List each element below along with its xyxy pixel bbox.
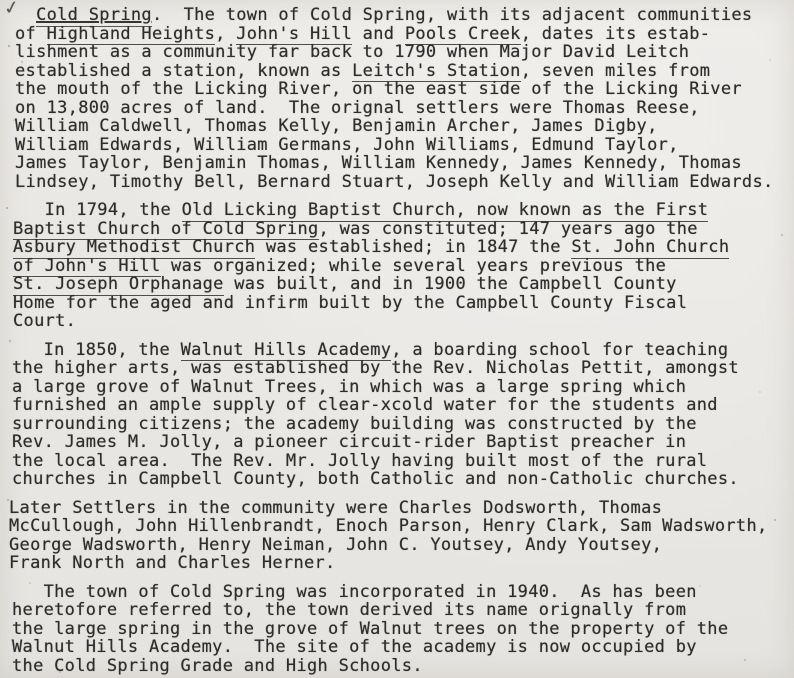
text-segment: the large spring in the grove of Walnut …	[12, 619, 728, 639]
text-segment: Court.	[13, 311, 76, 331]
text-segment: ,	[215, 24, 236, 44]
text-line: of Highland Heights, John's Hill and Poo…	[15, 25, 794, 44]
text-segment: established a station, known as	[15, 61, 352, 81]
text-segment: , dates its estab-	[521, 24, 711, 44]
text-segment: , a boarding school for teaching	[391, 340, 728, 360]
text-line: the Cold Spring Grade and High Schools.	[12, 657, 794, 676]
text-segment: and	[352, 24, 405, 44]
text-segment: lishment as a community far back to 1790…	[15, 42, 689, 62]
text-segment: heretofore referred to, the town derived…	[12, 600, 686, 620]
text-segment: the local area. The Rev. Mr. Jolly havin…	[12, 451, 707, 471]
paragraph-churches: In 1794, the Old Licking Baptist Church,…	[13, 201, 794, 331]
text-segment: Later Settlers in the community were Cha…	[9, 498, 662, 518]
text-line: Baptist Church of Cold Spring, was const…	[13, 220, 794, 239]
text-line: the higher arts, was established by the …	[12, 359, 794, 378]
text-line: the large spring in the grove of Walnut …	[12, 620, 794, 639]
text-line: James Taylor, Benjamin Thomas, William K…	[15, 154, 794, 173]
paragraph-later-settlers: Later Settlers in the community were Cha…	[9, 499, 794, 573]
text-segment: the Cold Spring Grade and High Schools.	[12, 656, 423, 676]
text-line: The town of Cold Spring was incorporated…	[12, 583, 794, 602]
text-segment: In 1794, the	[13, 200, 182, 220]
text-line: St. Joseph Orphanage was built, and in 1…	[13, 275, 794, 294]
text-segment: In 1850, the	[12, 340, 181, 360]
text-segment: Walnut Hills Academy. The site of the ac…	[12, 637, 697, 657]
paragraph-incorporation: The town of Cold Spring was incorporated…	[12, 583, 794, 676]
text-line: William Caldwell, Thomas Kelly, Benjamin…	[15, 117, 794, 136]
text-line: Frank North and Charles Herner.	[9, 554, 794, 573]
text-line: In 1794, the Old Licking Baptist Church,…	[13, 201, 794, 220]
text-line: on 13,800 acres of land. The orignal set…	[15, 99, 794, 118]
text-line: Later Settlers in the community were Cha…	[9, 499, 794, 518]
text-segment: Lindsey, Timothy Bell, Bernard Stuart, J…	[15, 172, 774, 192]
text-line: George Wadsworth, Henry Neiman, John C. …	[9, 536, 794, 555]
text-segment: McCullough, John Hillenbrandt, Enoch Par…	[9, 516, 768, 536]
text-segment: William Edwards, William Germans, John W…	[15, 135, 679, 155]
text-line: McCullough, John Hillenbrandt, Enoch Par…	[9, 517, 794, 536]
text-line: of John's Hill was organized; while seve…	[13, 257, 794, 276]
text-line: churches in Campbell County, both Cathol…	[12, 470, 794, 489]
text-segment: of	[15, 24, 47, 44]
text-line: furnished an ample supply of clear-xcold…	[12, 396, 794, 415]
text-segment: was established; in 1847 the	[255, 237, 571, 257]
text-segment: churches in Campbell County, both Cathol…	[12, 469, 739, 489]
text-line: Asbury Methodist Church was established;…	[13, 238, 794, 257]
text-line: Rev. James M. Jolly, a pioneer circuit-r…	[12, 433, 794, 452]
text-segment: . The town of Cold Spring, with its adja…	[152, 5, 753, 25]
text-line: William Edwards, William Germans, John W…	[15, 136, 794, 155]
checkmark-annotation: ✓	[3, 0, 19, 17]
text-segment: on 13,800 acres of land. The orignal set…	[15, 98, 700, 118]
text-segment: Frank North and Charles Herner.	[9, 553, 336, 573]
text-line: the mouth of the Licking River, on the e…	[15, 80, 794, 99]
text-segment: the mouth of the Licking River, on the e…	[15, 79, 742, 99]
document-page: ✓ Cold Spring. The town of Cold Spring, …	[0, 0, 794, 678]
text-segment: was organized; while several years previ…	[161, 256, 667, 276]
text-segment: was built, and in 1900 the Campbell Coun…	[224, 274, 677, 294]
text-segment: furnished an ample supply of clear-xcold…	[12, 395, 718, 415]
text-line: surrounding citizens; the academy buildi…	[12, 415, 794, 434]
text-segment: The town of Cold Spring was incorporated…	[12, 582, 697, 602]
text-line: In 1850, the Walnut Hills Academy, a boa…	[12, 341, 794, 360]
text-line: lishment as a community far back to 1790…	[15, 43, 794, 62]
text-segment: Home for the aged and infirm built by th…	[13, 293, 687, 313]
paragraph-academy: In 1850, the Walnut Hills Academy, a boa…	[12, 341, 794, 489]
text-segment: , was constituted; 147 years ago the	[319, 219, 698, 239]
text-line: Cold Spring. The town of Cold Spring, wi…	[15, 6, 794, 25]
text-line: established a station, known as Leitch's…	[15, 62, 794, 81]
text-line: the local area. The Rev. Mr. Jolly havin…	[12, 452, 794, 471]
text-segment: , seven miles from	[521, 61, 711, 81]
text-segment: a large grove of Walnut Trees, in which …	[12, 377, 686, 397]
text-line: Lindsey, Timothy Bell, Bernard Stuart, J…	[15, 173, 794, 192]
text-line: Home for the aged and infirm built by th…	[13, 294, 794, 313]
paragraph-intro: Cold Spring. The town of Cold Spring, wi…	[15, 6, 794, 191]
text-segment: the higher arts, was established by the …	[12, 358, 739, 378]
text-segment: surrounding citizens; the academy buildi…	[12, 414, 697, 434]
text-segment: Rev. James M. Jolly, a pioneer circuit-r…	[12, 432, 686, 452]
text-segment: James Taylor, Benjamin Thomas, William K…	[15, 153, 742, 173]
text-line: heretofore referred to, the town derived…	[12, 601, 794, 620]
text-segment: George Wadsworth, Henry Neiman, John C. …	[9, 535, 662, 555]
text-line: Walnut Hills Academy. The site of the ac…	[12, 638, 794, 657]
text-line: Court.	[13, 312, 794, 331]
text-segment: William Caldwell, Thomas Kelly, Benjamin…	[15, 116, 658, 136]
text-line: a large grove of Walnut Trees, in which …	[12, 378, 794, 397]
